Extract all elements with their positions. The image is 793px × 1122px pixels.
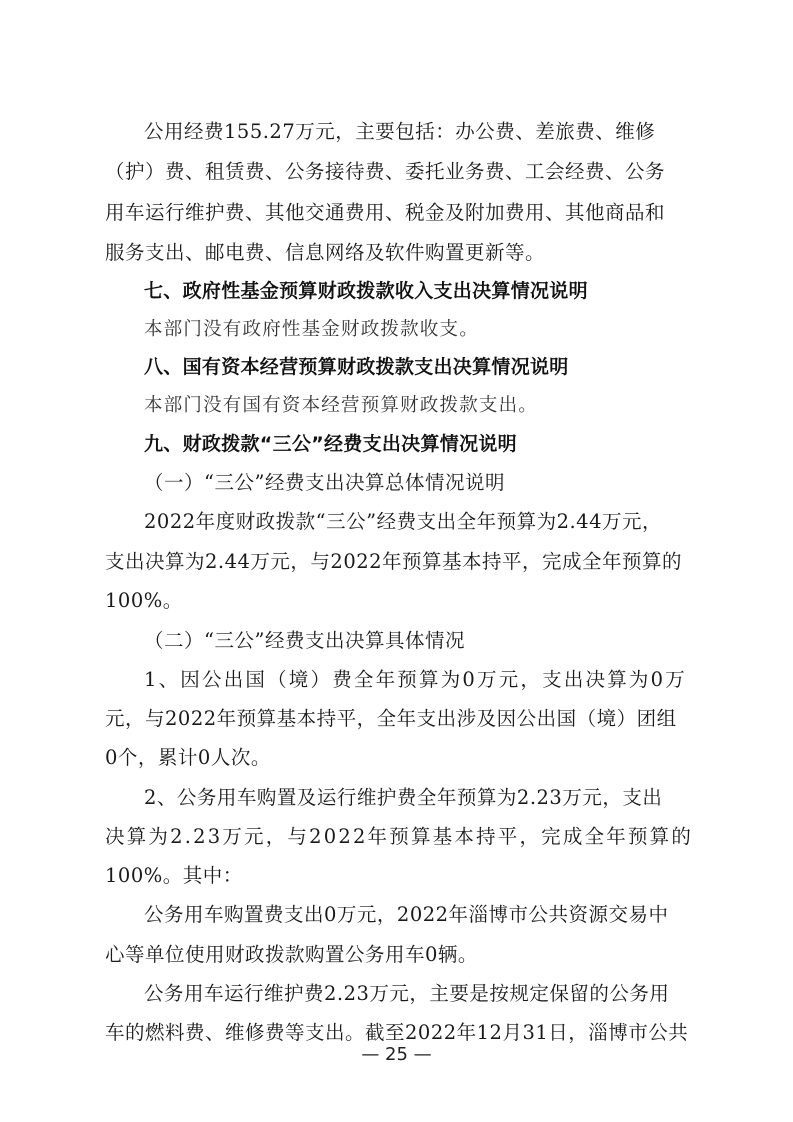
paragraph-line: 元，与2022年预算基本持平，全年支出涉及因公出国（境）团组 (105, 707, 690, 731)
paragraph-line: 支出决算为2.44万元，与2022年预算基本持平，完成全年预算的 (105, 550, 690, 574)
paragraph-line: 服务支出、邮电费、信息网络及软件购置更新等。 (105, 241, 690, 265)
paragraph-line: 决算为2.23万元，与2022年预算基本持平，完成全年预算的 (105, 825, 690, 849)
paragraph-line: 1、因公出国（境）费全年预算为0万元，支出决算为0万 (144, 668, 690, 692)
paragraph-line: 心等单位使用财政拨款购置公务用车0辆。 (105, 943, 690, 967)
subsection-heading-1: （一）“三公”经费支出决算总体情况说明 (144, 471, 690, 495)
paragraph-line: 2、公务用车购置及运行维护费全年预算为2.23万元，支出 (144, 786, 690, 810)
section-heading-7: 七、政府性基金预算财政拨款收入支出决算情况说明 (144, 279, 729, 303)
page-number: — 25 — (0, 1044, 793, 1065)
paragraph-line: 本部门没有政府性基金财政拨款收支。 (144, 318, 729, 342)
paragraph-line: 车的燃料费、维修费等支出。截至2022年12月31日，淄博市公共 (105, 1021, 690, 1045)
paragraph-line: 0个，累计0人次。 (105, 746, 690, 770)
subsection-heading-2: （二）“三公”经费支出决算具体情况 (144, 629, 690, 653)
paragraph-line: 2022年度财政拨款“三公”经费支出全年预算为2.44万元， (144, 510, 690, 534)
paragraph-line: 100%。其中： (105, 864, 690, 888)
paragraph-line: 公务用车购置费支出0万元，2022年淄博市公共资源交易中 (144, 903, 690, 927)
paragraph-line: 100%。 (105, 589, 690, 613)
section-heading-9: 九、财政拨款“三公”经费支出决算情况说明 (144, 432, 729, 456)
paragraph-line: （护）费、租赁费、公务接待费、委托业务费、工会经费、公务 (105, 160, 690, 184)
paragraph-line: 公用经费155.27万元，主要包括：办公费、差旅费、维修 (144, 120, 690, 144)
paragraph-line: 公务用车运行维护费2.23万元，主要是按规定保留的公务用 (144, 982, 690, 1006)
paragraph-line: 用车运行维护费、其他交通费用、税金及附加费用、其他商品和 (105, 201, 690, 225)
document-page: 公用经费155.27万元，主要包括：办公费、差旅费、维修 （护）费、租赁费、公务… (0, 0, 793, 1122)
section-heading-8: 八、国有资本经营预算财政拨款支出决算情况说明 (144, 355, 729, 379)
paragraph-line: 本部门没有国有资本经营预算财政拨款支出。 (144, 394, 729, 418)
